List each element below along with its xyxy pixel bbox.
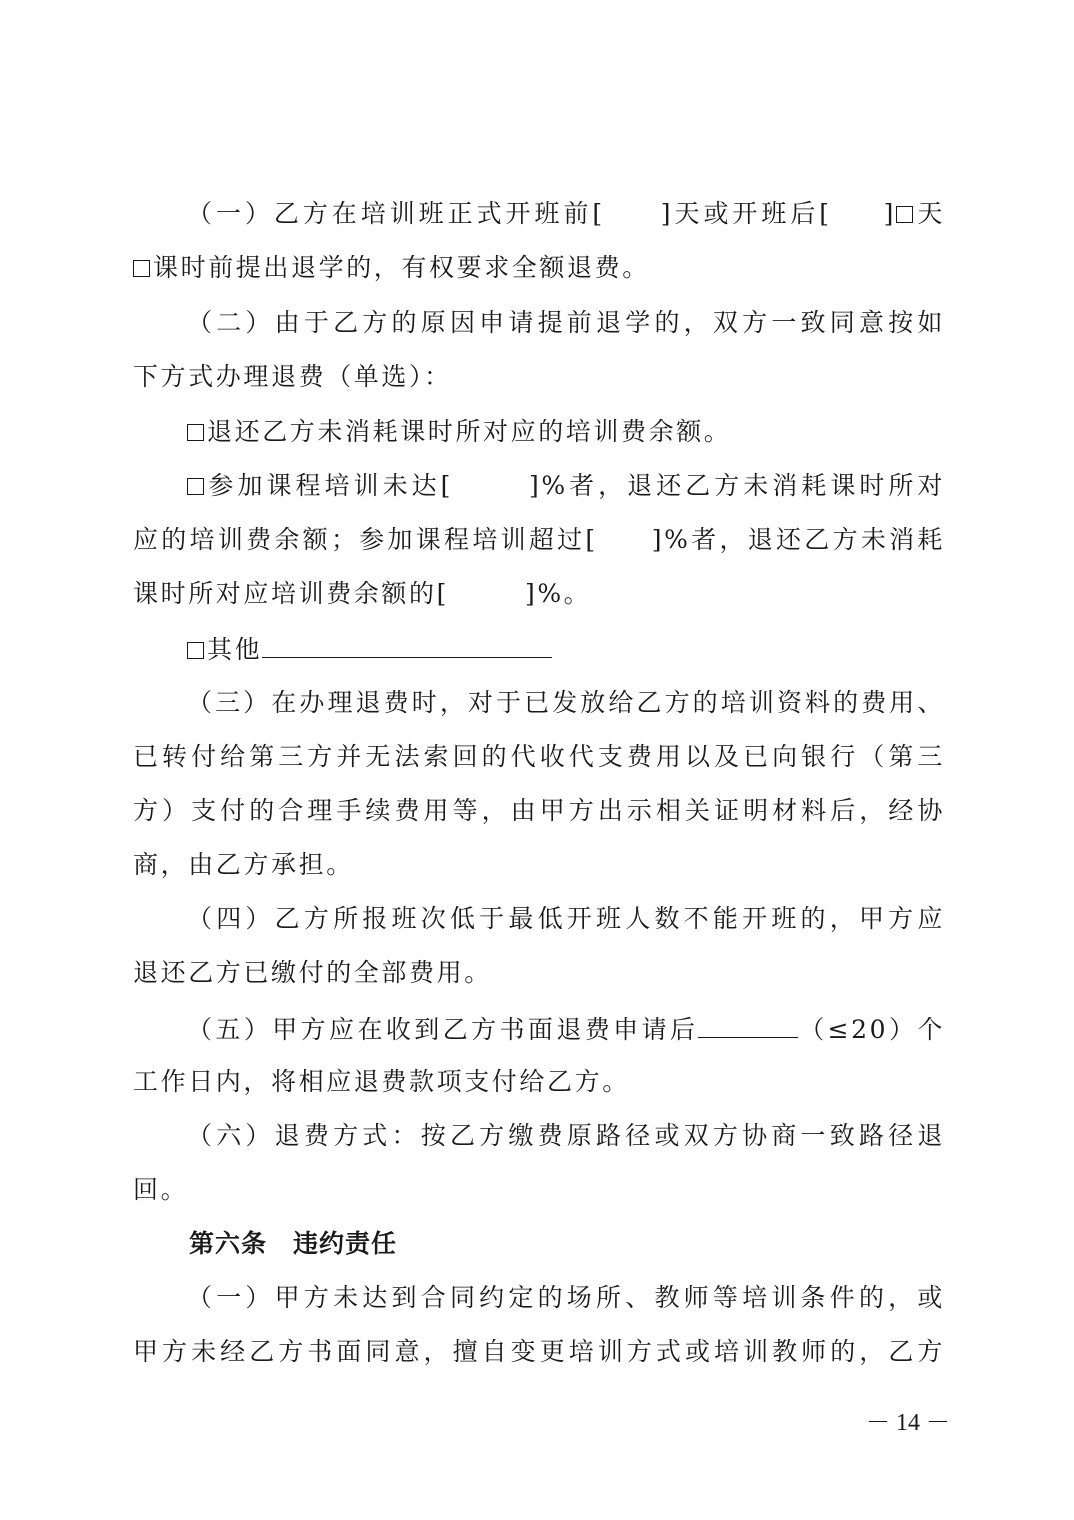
text: 退还乙方未消耗课时所对应的培训费余额。 [207,417,731,446]
paragraph-3-line-3: 方）支付的合理手续费用等，由甲方出示相关证明材料后，经协 [133,796,945,826]
paragraph-4-line-1: （四）乙方所报班次低于最低开班人数不能开班的，甲方应 [187,904,945,934]
paragraph-3-line-4: 商，由乙方承担。 [133,850,945,880]
refund-option-b-line-2: 应的培训费余额；参加课程培训超过[]%者，退还乙方未消耗 [133,525,945,555]
article-6-paragraph-1-line-1: （一）甲方未达到合同约定的场所、教师等培训条件的，或 [187,1283,945,1313]
text: 天 [916,199,945,228]
checkbox-option-a-icon[interactable] [187,424,204,441]
checkbox-days-icon[interactable] [896,206,913,223]
checkbox-option-c-icon[interactable] [187,642,204,659]
refund-option-c: 其他 [187,633,945,663]
page-number: － 14 － [866,1409,950,1437]
document-page: （一）乙方在培训班正式开班前[]天或开班后[]天 课时前提出退学的，有权要求全额… [0,0,1074,1520]
refund-days-blank[interactable] [698,1013,798,1038]
paragraph-6-line-2: 回。 [133,1175,945,1205]
refund-option-a: 退还乙方未消耗课时所对应的培训费余额。 [187,417,945,447]
refund-option-b-line-3: 课时所对应培训费余额的[]%。 [133,579,945,609]
refund-option-b-line-1: 参加课程培训未达[]%者，退还乙方未消耗课时所对 [187,471,945,501]
paragraph-3-line-1: （三）在办理退费时，对于已发放给乙方的培训资料的费用、 [187,688,945,718]
paragraph-6-line-1: （六）退费方式：按乙方缴费原路径或双方协商一致路径退 [187,1121,945,1151]
text: 应的培训费余额；参加课程培训超过[ [133,525,598,554]
text: （五）甲方应在收到乙方书面退费申请后 [187,1015,698,1044]
text: 课时所对应培训费余额的[ [133,579,449,608]
paragraph-3-line-2: 已转付给第三方并无法索回的代收代支费用以及已向银行（第三 [133,742,945,772]
checkbox-option-b-icon[interactable] [187,478,204,495]
checkbox-lessons-icon[interactable] [133,260,150,277]
section-heading-article-6: 第六条 违约责任 [189,1229,397,1259]
text: ]%。 [525,579,591,608]
paragraph-2-line-1: （二）由于乙方的原因申请提前退学的，双方一致同意按如 [187,308,945,338]
text: 参加课程培训未达[ [207,471,453,500]
text: ] [884,199,896,228]
text: ]%者，退还乙方未消耗 [652,525,945,554]
paragraph-5-line-2: 工作日内，将相应退费款项支付给乙方。 [133,1067,945,1097]
article-6-paragraph-1-line-2: 甲方未经乙方书面同意，擅自变更培训方式或培训教师的，乙方 [133,1337,945,1367]
other-option-blank[interactable] [262,633,552,658]
text: （≤20）个 [798,1015,945,1044]
text: ]%者，退还乙方未消耗课时所对 [529,471,945,500]
text: ]天或开班后[ [661,199,832,228]
paragraph-1-line-2: 课时前提出退学的，有权要求全额退费。 [133,253,945,283]
text: （一）乙方在培训班正式开班前[ [187,199,605,228]
paragraph-1-line-1: （一）乙方在培训班正式开班前[]天或开班后[]天 [187,199,945,229]
text: 其他 [207,635,262,664]
text: 课时前提出退学的，有权要求全额退费。 [153,253,650,282]
paragraph-2-line-2: 下方式办理退费（单选）： [133,362,945,392]
paragraph-5-line-1: （五）甲方应在收到乙方书面退费申请后（≤20）个 [187,1013,945,1043]
paragraph-4-line-2: 退还乙方已缴付的全部费用。 [133,958,945,988]
